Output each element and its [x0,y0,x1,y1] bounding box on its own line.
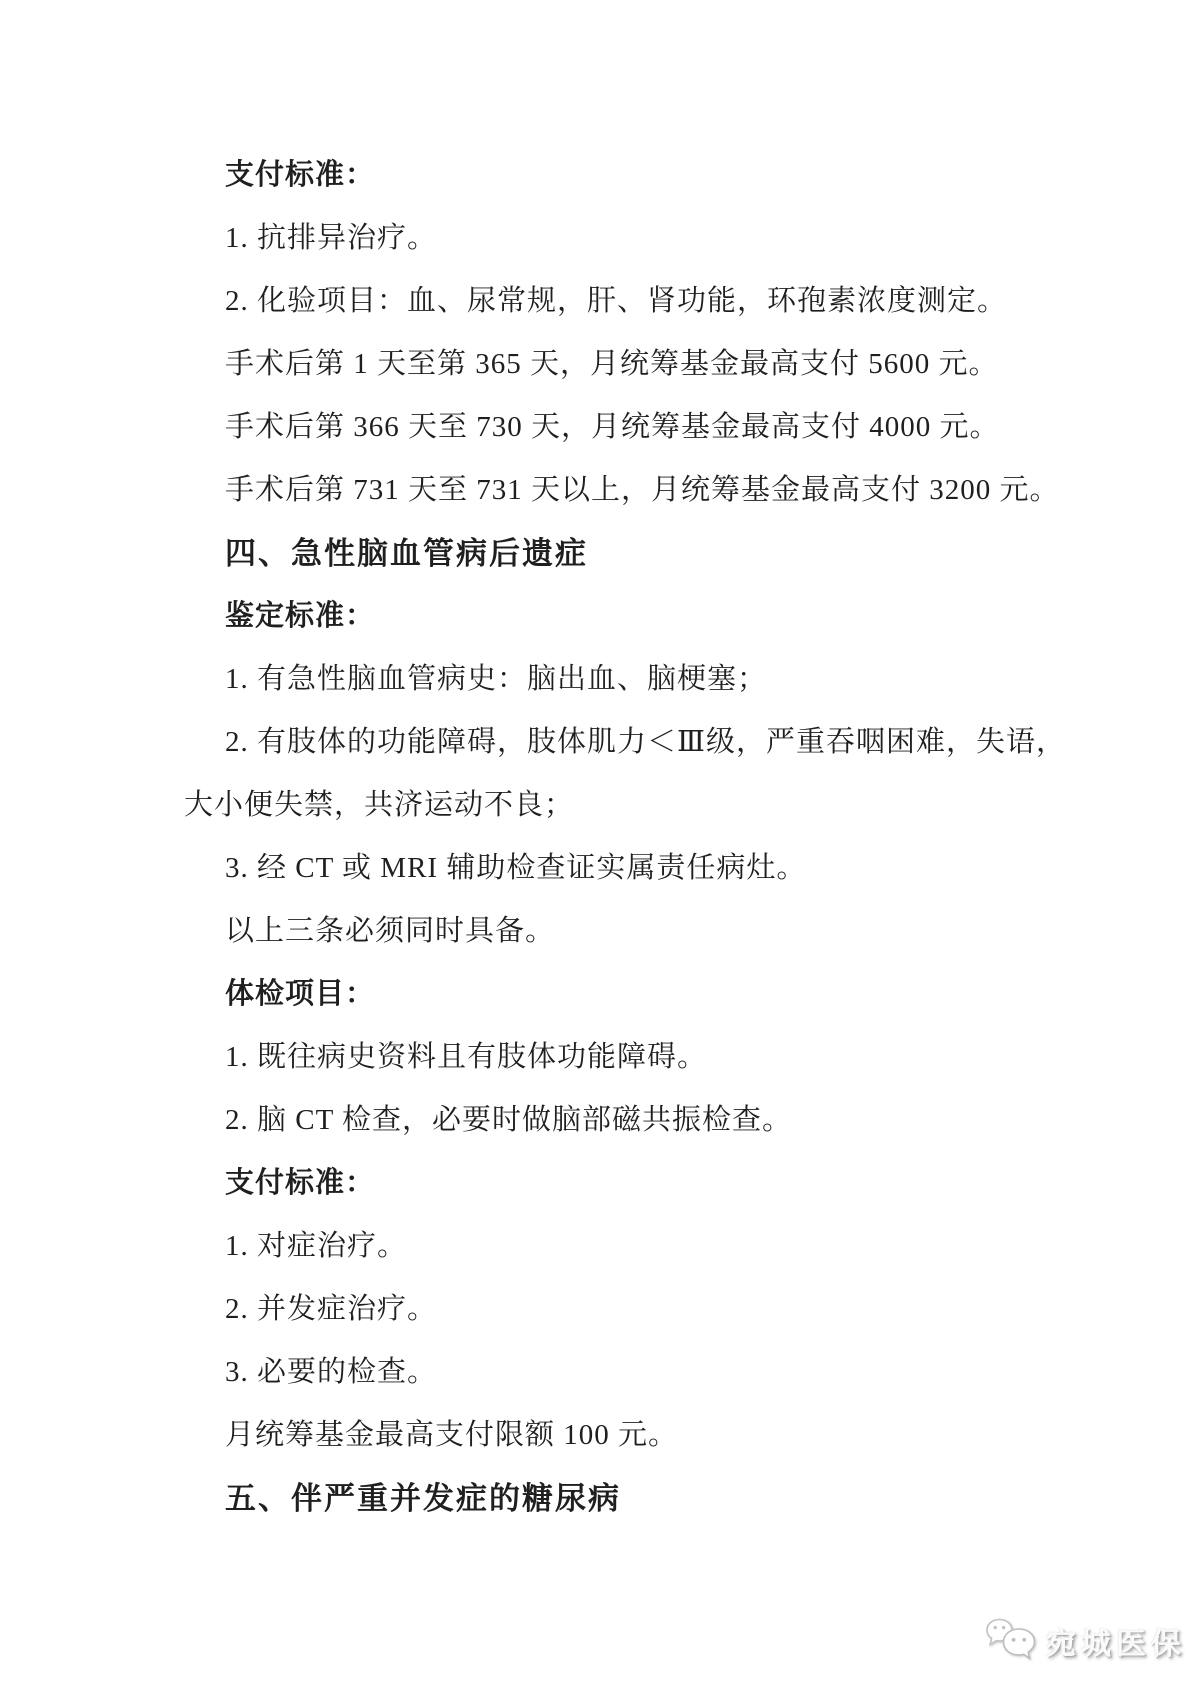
text-line: 3. 必要的检查。 [168,1341,1160,1404]
text-line: 2. 并发症治疗。 [168,1278,1160,1341]
sub-heading: 鉴定标准： [168,585,1160,648]
text-line: 1. 抗排异治疗。 [168,207,1160,270]
account-name-label: 宛城医保 [1046,1619,1186,1663]
wechat-icon [983,1616,1039,1666]
text-line: 手术后第 366 天至 730 天，月统筹基金最高支付 4000 元。 [168,396,1160,459]
sub-heading: 支付标准： [168,1152,1160,1215]
text-line: 手术后第 731 天至 731 天以上，月统筹基金最高支付 3200 元。 [168,459,1160,522]
sub-heading: 支付标准： [168,144,1160,207]
document-page: 支付标准：1. 抗排异治疗。2. 化验项目：血、尿常规，肝、肾功能，环孢素浓度测… [0,0,1200,1696]
document-body: 支付标准：1. 抗排异治疗。2. 化验项目：血、尿常规，肝、肾功能，环孢素浓度测… [168,144,1160,1530]
text-line: 以上三条必须同时具备。 [168,900,1160,963]
text-line: 手术后第 1 天至第 365 天，月统筹基金最高支付 5600 元。 [168,333,1160,396]
text-line: 大小便失禁，共济运动不良； [168,774,1160,837]
text-line: 1. 既往病史资料且有肢体功能障碍。 [168,1026,1160,1089]
section-heading: 四、急性脑血管病后遗症 [168,522,1160,585]
text-line: 2. 有肢体的功能障碍，肢体肌力＜Ⅲ级，严重吞咽困难，失语， [168,711,1160,774]
section-heading: 五、伴严重并发症的糖尿病 [168,1467,1160,1530]
official-account-watermark: 宛城医保 [983,1616,1186,1666]
text-line: 2. 化验项目：血、尿常规，肝、肾功能，环孢素浓度测定。 [168,270,1160,333]
text-line: 月统筹基金最高支付限额 100 元。 [168,1404,1160,1467]
text-line: 1. 对症治疗。 [168,1215,1160,1278]
text-line: 3. 经 CT 或 MRI 辅助检查证实属责任病灶。 [168,837,1160,900]
text-line: 2. 脑 CT 检查，必要时做脑部磁共振检查。 [168,1089,1160,1152]
sub-heading: 体检项目： [168,963,1160,1026]
text-line: 1. 有急性脑血管病史：脑出血、脑梗塞； [168,648,1160,711]
